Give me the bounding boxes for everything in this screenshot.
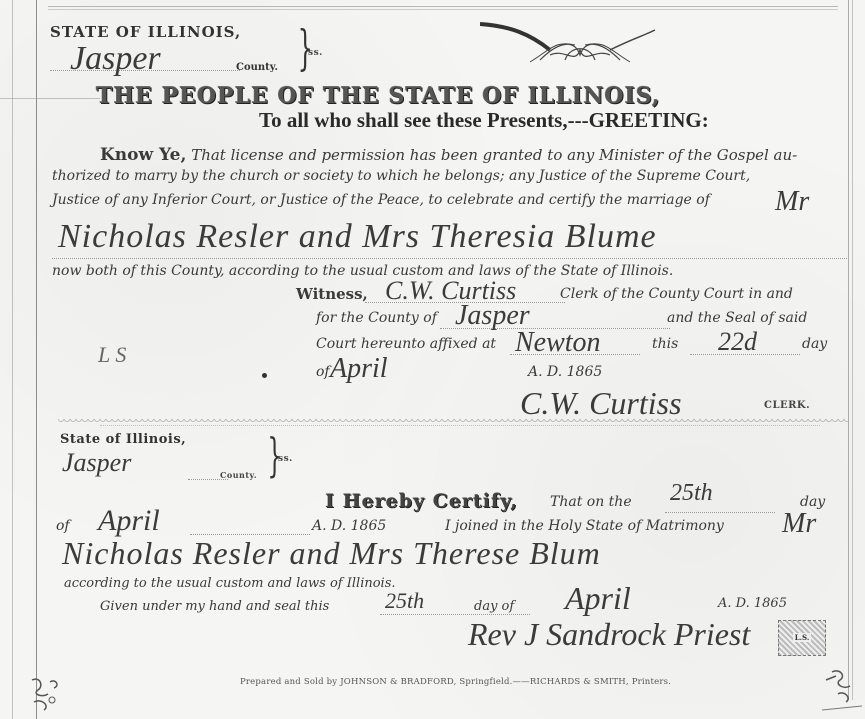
license-couple-line — [52, 258, 847, 259]
body-line-1-text: That license and permission has been gra… — [191, 146, 797, 164]
right-border-line-2 — [852, 0, 853, 700]
witness-line-2-post: and the Seal of said — [667, 310, 807, 326]
witness-line-3-pre: Court hereunto affixed at — [316, 336, 496, 352]
witness-day-label: day — [802, 336, 827, 352]
given-day-of-label: day of — [474, 599, 514, 614]
given-day-line — [380, 614, 530, 615]
witness-of-label: of — [316, 364, 330, 380]
license-body-line-1: Know Ye, That license and permission has… — [100, 145, 797, 165]
witness-year: A. D. 1865 — [528, 364, 602, 380]
certify-text: That on the — [550, 494, 632, 510]
certify-day-handwritten: 25th — [670, 480, 713, 507]
witness-day-handwritten: 22d — [718, 327, 757, 357]
corner-ornament-icon — [30, 676, 64, 714]
top-border-line — [48, 6, 838, 7]
license-greeting: To all who shall see these Presents,---G… — [259, 108, 709, 133]
certify-lead: I Hereby Certify, — [325, 490, 518, 512]
ornament-flourish-icon — [480, 20, 680, 70]
certify-day-line — [665, 512, 775, 513]
clerk-signature: C.W. Curtiss — [520, 385, 682, 422]
license-couple-handwritten: Nicholas Resler and Mrs Theresia Blume — [58, 218, 657, 256]
certify-year: A. D. 1865 — [312, 518, 386, 534]
left-margin-line — [12, 0, 13, 719]
license-county-label: County. — [236, 62, 278, 73]
certify-of-label: of — [56, 518, 70, 534]
license-body-line-3: Justice of any Inferior Court, or Justic… — [52, 192, 710, 208]
certificate-county-label: County. — [220, 470, 257, 480]
given-day-handwritten: 25th — [385, 588, 424, 614]
license-county-handwritten: Jasper — [70, 40, 161, 78]
witness-line-2-pre: for the County of — [316, 310, 437, 326]
corner-ornament-right-icon — [822, 666, 862, 714]
printer-footer: Prepared and Sold by JOHNSON & BRADFORD,… — [240, 677, 671, 687]
know-ye-lead: Know Ye, — [100, 145, 186, 165]
certify-groom-prefix: Mr — [782, 508, 816, 540]
right-border-line — [848, 0, 849, 700]
witness-line-1-rest: Clerk of the County Court in and — [560, 286, 793, 302]
certificate-ss: ss. — [278, 454, 293, 464]
dot-mark — [262, 373, 267, 378]
top-border-line-2 — [48, 9, 838, 10]
left-border-line — [36, 0, 37, 719]
witness-this-label: this — [652, 336, 678, 352]
certificate-county-handwritten: Jasper — [62, 448, 131, 478]
certify-month-handwritten: April — [98, 504, 160, 538]
clerk-label: CLERK. — [764, 400, 810, 411]
given-year: A. D. 1865 — [718, 596, 787, 611]
license-ss: ss. — [308, 48, 323, 58]
section-divider — [58, 419, 848, 425]
witness-place-handwritten: Newton — [515, 327, 601, 359]
witness-label: Witness, — [296, 285, 368, 303]
officiant-signature: Rev J Sandrock Priest — [468, 616, 750, 653]
certify-couple-handwritten: Nicholas Resler and Mrs Therese Blum — [62, 535, 601, 572]
given-text: Given under my hand and seal this — [100, 599, 329, 614]
certify-joined-text: I joined in the Holy State of Matrimony — [445, 518, 724, 534]
license-body-line-2: thorized to marry by the church or socie… — [52, 168, 750, 184]
seal-stamp: L.S. — [778, 620, 826, 656]
clerk-underline — [100, 425, 820, 426]
license-title: THE PEOPLE OF THE STATE OF ILLINOIS, — [96, 83, 661, 109]
witness-month-handwritten: April — [330, 353, 388, 385]
given-month-handwritten: April — [565, 580, 631, 617]
certify-custom-text: according to the usual custom and laws o… — [64, 576, 396, 591]
license-state-header: STATE OF ILLINOIS, — [50, 23, 241, 41]
edge-line — [0, 98, 100, 99]
seal-mark: L S — [98, 342, 126, 368]
certificate-state-header: State of Illinois, — [60, 432, 186, 447]
license-body-line-5: now both of this County, according to th… — [52, 263, 673, 279]
seal-stamp-text: L.S. — [793, 633, 812, 642]
license-groom-prefix: Mr — [775, 186, 809, 218]
